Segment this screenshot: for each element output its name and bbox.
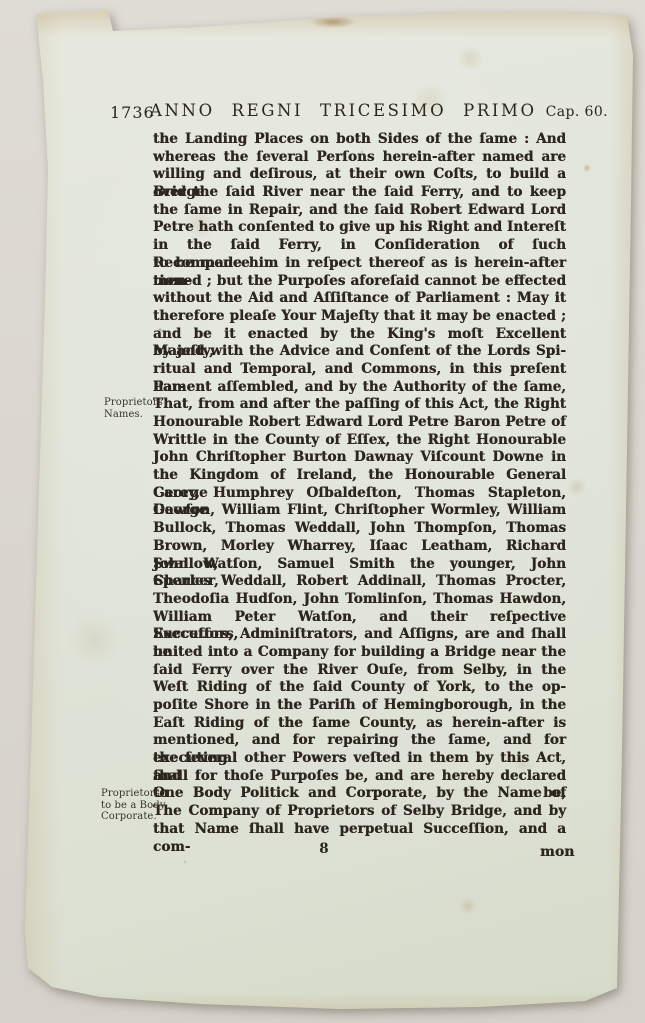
body-line: liament aſſembled, and by the Authority … xyxy=(153,379,566,397)
body-line: over the ſaid River near the ſaid Ferry,… xyxy=(153,184,566,202)
body-text: the Landing Places on both Sides of the … xyxy=(153,131,566,839)
body-line: the Landing Places on both Sides of the … xyxy=(153,131,566,149)
body-line: John Watſon, Samuel Smith the younger, J… xyxy=(153,556,566,574)
margin-note-proprietors-names: Proprietors Names. xyxy=(104,397,164,420)
page-shadow: 1736 ANNO REGNI TRICESIMO PRIMOCap. 60. … xyxy=(0,0,645,1023)
body-line: and be it enacted by the King's moſt Exc… xyxy=(153,326,566,344)
body-line: without the Aid and Aſſiſtance of Parlia… xyxy=(153,290,566,308)
document-page: 1736 ANNO REGNI TRICESIMO PRIMOCap. 60. … xyxy=(0,0,645,1023)
page-header: ANNO REGNI TRICESIMO PRIMOCap. 60. xyxy=(150,101,568,120)
body-line: that Name ſhall have perpetual Succeſſio… xyxy=(153,821,566,839)
body-line: Executors, Adminiſtrators, and Aſſigns, … xyxy=(153,626,566,644)
body-line: John Chriſtopher Burton Dawnay Viſcount … xyxy=(153,449,566,467)
header-year: 1736 xyxy=(110,103,155,122)
paper-edge-tint-right xyxy=(609,0,645,1023)
body-line: ritual and Temporal, and Commons, in thi… xyxy=(153,361,566,379)
body-line: Eaſt Riding of the ſame County, as herei… xyxy=(153,715,566,733)
body-line: mentioned, and for repairing the ſame, a… xyxy=(153,732,566,750)
body-line: One Body Politick and Corporate, by the … xyxy=(153,785,566,803)
body-line: by and with the Advice and Conſent of th… xyxy=(153,343,566,361)
body-line: Petre hath conſented to give up his Righ… xyxy=(153,219,566,237)
header-chapter: Cap. 60. xyxy=(546,104,608,120)
body-line: That, from and after the paſſing of this… xyxy=(153,396,566,414)
body-line: tioned ; but the Purpoſes aforeſaid cann… xyxy=(153,273,566,291)
body-line: Carey, Humphrey Oſbaldeſton, Thomas Stap… xyxy=(153,485,566,503)
body-line: Brown, Morley Wharrey, Iſaac Leatham, Ri… xyxy=(153,538,566,556)
body-line: willing and deſirous, at their own Coſts… xyxy=(153,166,566,184)
catchword: mon xyxy=(540,844,574,860)
header-title: ANNO REGNI TRICESIMO PRIMO xyxy=(150,101,537,120)
body-line: therefore pleaſe Your Majeſty that it ma… xyxy=(153,308,566,326)
body-line: ſaid Ferry over the River Ouſe, from Sel… xyxy=(153,662,566,680)
paper-edge-tint-top xyxy=(0,0,645,38)
body-line: Weſt Riding of the ſaid County of York, … xyxy=(153,679,566,697)
body-line: whereas the ſeveral Perſons herein-after… xyxy=(153,149,566,167)
body-line: the Kingdom of Ireland, the Honourable G… xyxy=(153,467,566,485)
body-line: Honourable Robert Edward Lord Petre Baro… xyxy=(153,414,566,432)
body-line: the ſeveral other Powers veſted in them … xyxy=(153,750,566,768)
body-line: Dawſon, William Flint, Chriſtopher Worml… xyxy=(153,502,566,520)
paper-edge-tint-left xyxy=(0,0,62,1023)
document-canvas: 1736 ANNO REGNI TRICESIMO PRIMOCap. 60. … xyxy=(0,0,645,1023)
paper-edge-tint-bottom xyxy=(0,991,645,1023)
body-line: Charles Weddall, Robert Addinall, Thomas… xyxy=(153,573,566,591)
body-line: Theodoſia Hudſon, John Tomlinſon, Thomas… xyxy=(153,591,566,609)
body-line: poſite Shore in the Pariſh of Hemingboro… xyxy=(153,697,566,715)
body-line: William Peter Watſon, and their reſpecti… xyxy=(153,609,566,627)
body-line: ſhall for thoſe Purpoſes be, and are her… xyxy=(153,768,566,786)
body-line: The Company of Proprietors of Selby Brid… xyxy=(153,803,566,821)
body-line: Bullock, Thomas Weddall, John Thompſon, … xyxy=(153,520,566,538)
body-line: in the ſaid Ferry, in Conſideration of ſ… xyxy=(153,237,566,255)
body-line: united into a Company for building a Bri… xyxy=(153,644,566,662)
body-line: to be made him in reſpect thereof as is … xyxy=(153,255,566,273)
margin-note-body-corporate: Proprietors to be a Body Corporate. xyxy=(101,788,167,823)
signature-mark: 8 xyxy=(314,841,334,857)
body-line: the ſame in Repair, and the ſaid Robert … xyxy=(153,202,566,220)
body-line: Writtle in the County of Eſſex, the Righ… xyxy=(153,432,566,450)
